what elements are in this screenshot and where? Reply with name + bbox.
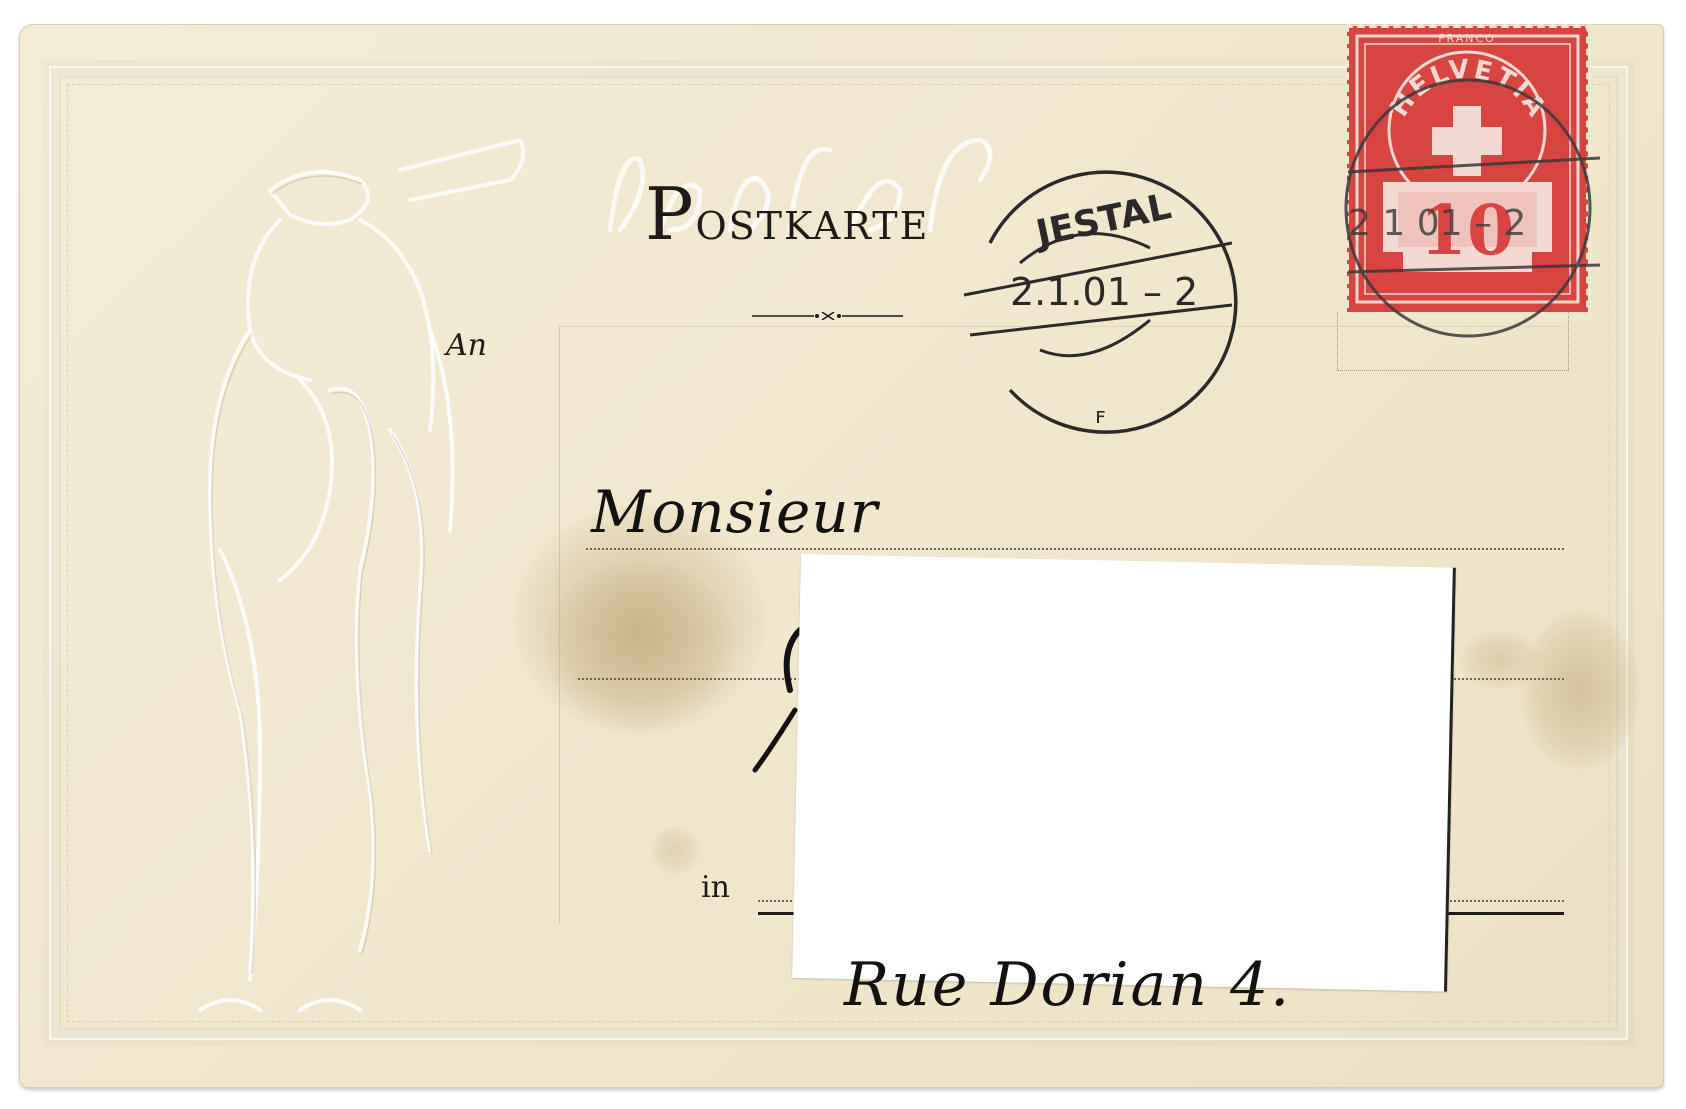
postcard-title-initial: P	[645, 172, 695, 256]
redaction-patch	[792, 554, 1456, 992]
salutation-handwritten: Monsieur	[591, 478, 878, 546]
embossed-horseman-illustration	[160, 130, 540, 1030]
postcard-title: POSTKARTE	[645, 172, 929, 256]
postmark-liestal: JESTAL 2.1.01 – 2 ꜰ	[950, 145, 1250, 445]
recipient-label: An	[446, 328, 487, 363]
postmark-over-stamp: 2 1 01 – 2	[1320, 60, 1620, 360]
ornament-divider-icon	[752, 312, 903, 320]
stamp-label-top: FRANCO	[1438, 32, 1496, 45]
svg-text:ꜰ: ꜰ	[1095, 404, 1106, 429]
address-line-1	[586, 548, 1564, 550]
postmark-date-text: 2.1.01 – 2	[1010, 270, 1198, 314]
postmark-town-text: JESTAL	[1030, 186, 1175, 255]
svg-text:2 1 01 – 2: 2 1 01 – 2	[1348, 203, 1526, 244]
city-label: in	[701, 870, 730, 905]
postcard-title-rest: OSTKARTE	[695, 204, 929, 248]
street-address-handwritten: Rue Dorian 4.	[844, 950, 1291, 1020]
